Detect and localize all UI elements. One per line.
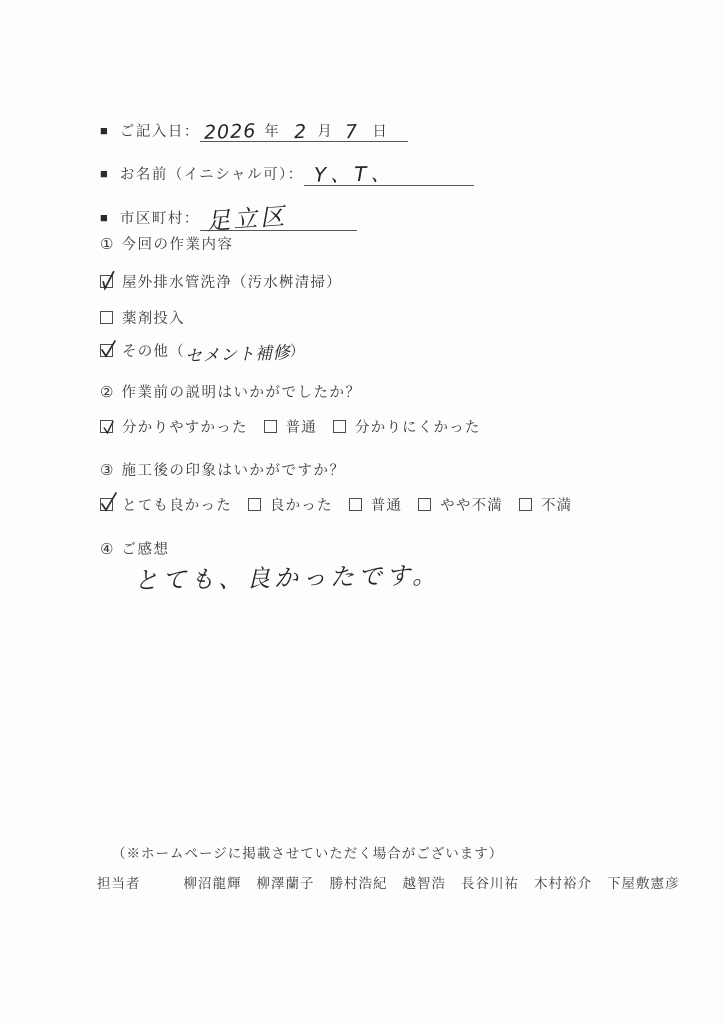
q3-option-label: 不満 <box>541 494 572 515</box>
q1-option-row: 屋外排水管洗浄（汚水桝清掃） <box>100 271 342 292</box>
handwritten-city: 足立区 <box>205 196 288 237</box>
checkbox <box>519 498 532 511</box>
square-bullet-icon: ■ <box>100 123 108 139</box>
handwritten-year: 2026 <box>203 120 256 144</box>
q3-title-row: ③ 施工後の印象はいかがですか？ <box>100 459 345 480</box>
handwritten-comment: とても、良かったです。 <box>134 555 441 595</box>
q3-title: 施工後の印象はいかがですか？ <box>121 459 345 480</box>
q1-option-row: 薬剤投入 <box>100 307 185 328</box>
square-bullet-icon: ■ <box>100 210 108 226</box>
checkbox <box>100 344 113 357</box>
staff-name: 柳澤蘭子 <box>257 872 315 892</box>
checkbox <box>100 275 113 288</box>
q3-option: 普通 <box>349 494 402 515</box>
q1-option-label: 屋外排水管洗浄（汚水桝清掃） <box>122 271 342 292</box>
staff-name: 越智浩 <box>403 872 447 892</box>
q4-title-row: ④ ご感想 <box>100 538 169 559</box>
handwritten-name: Y、T、 <box>314 157 395 187</box>
checkbox <box>100 420 113 433</box>
q4-comment-row: とても、良かったです。 <box>134 558 440 593</box>
square-bullet-icon: ■ <box>100 166 108 182</box>
city-field-line: 足立区 <box>200 195 357 231</box>
staff-label: 担当者 <box>97 872 141 892</box>
q2-option: 普通 <box>264 416 317 437</box>
q2-number: ② <box>100 383 113 402</box>
q3-option: 良かった <box>248 494 333 515</box>
q2-option-label: 普通 <box>286 416 317 437</box>
q2-title-row: ② 作業前の説明はいかがでしたか？ <box>100 381 361 402</box>
staff-name: 長谷川祐 <box>461 872 519 892</box>
q2-option: 分かりやすかった <box>100 416 248 437</box>
checkbox <box>264 420 277 433</box>
staff-name: 木村裕介 <box>534 872 592 892</box>
q3-number: ③ <box>100 461 113 480</box>
staff-row: 担当者 柳沼龍輝 柳澤蘭子 勝村浩紀 越智浩 長谷川祐 木村裕介 下屋敷憲彦 <box>97 872 680 892</box>
q3-option-label: とても良かった <box>122 494 232 515</box>
homepage-note: （※ホームページに掲載させていただく場合がございます） <box>112 842 503 862</box>
checkbox <box>333 420 346 433</box>
checkbox <box>418 498 431 511</box>
date-field-row: ■ ご記入日： 2026 年 2 月 7 日 <box>100 119 408 142</box>
q3-option: 不満 <box>519 494 572 515</box>
q3-option-label: 普通 <box>371 494 402 515</box>
q1-option-label: 薬剤投入 <box>122 307 185 328</box>
handwritten-month: 2 <box>294 121 308 143</box>
check-tick-icon <box>97 267 122 295</box>
q4-number: ④ <box>100 540 113 559</box>
q1-title-row: ① 今回の作業内容 <box>100 233 233 254</box>
checkbox <box>100 498 113 511</box>
staff-name: 柳沼龍輝 <box>184 872 242 892</box>
q1-option-label-suffix: ） <box>290 340 306 361</box>
q1-option-row: その他（ セメント補修 ） <box>100 338 306 363</box>
q3-option-label: やや不満 <box>440 494 503 515</box>
year-unit: 年 <box>264 120 280 141</box>
q2-option-label: 分かりにくかった <box>355 416 481 437</box>
q2-options-row: 分かりやすかった 普通 分かりにくかった <box>100 416 497 437</box>
check-tick-icon <box>99 336 119 360</box>
month-unit: 月 <box>317 120 333 141</box>
day-unit: 日 <box>372 120 388 141</box>
q1-title: 今回の作業内容 <box>121 233 233 254</box>
name-field-label: お名前（イニシャル可）： <box>120 163 304 184</box>
q1-number: ① <box>100 235 113 254</box>
q3-option: とても良かった <box>100 494 232 515</box>
handwritten-day: 7 <box>345 121 359 143</box>
handwritten-other-detail: セメント補修 <box>184 338 290 367</box>
q2-option-label: 分かりやすかった <box>122 416 248 437</box>
check-tick-icon <box>102 417 118 436</box>
q3-options-row: とても良かった 良かった 普通 やや不満 <box>100 494 572 515</box>
name-field-row: ■ お名前（イニシャル可）： Y、T、 <box>100 156 474 186</box>
checkbox <box>248 498 261 511</box>
checkbox <box>349 498 362 511</box>
name-field-line: Y、T、 <box>304 156 474 186</box>
q1-option-label-prefix: その他（ <box>122 340 185 361</box>
staff-name: 下屋敷憲彦 <box>607 872 680 892</box>
homepage-note-text: （※ホームページに掲載させていただく場合がございます） <box>112 842 503 862</box>
q2-option: 分かりにくかった <box>333 416 481 437</box>
scanned-survey-form: ■ ご記入日： 2026 年 2 月 7 日 ■ お名前（イニシャル可）： Y、… <box>0 0 725 1024</box>
date-field-line: 2026 年 2 月 7 日 <box>200 119 408 142</box>
q3-option-label: 良かった <box>270 494 333 515</box>
check-tick-icon <box>99 490 119 514</box>
city-field-row: ■ 市区町村： 足立区 <box>100 195 357 231</box>
q2-title: 作業前の説明はいかがでしたか？ <box>121 381 361 402</box>
date-field-label: ご記入日： <box>120 120 200 141</box>
q3-option: やや不満 <box>418 494 503 515</box>
city-field-label: 市区町村： <box>120 207 200 228</box>
checkbox <box>100 311 113 324</box>
q4-title: ご感想 <box>121 538 169 559</box>
staff-name: 勝村浩紀 <box>330 872 388 892</box>
